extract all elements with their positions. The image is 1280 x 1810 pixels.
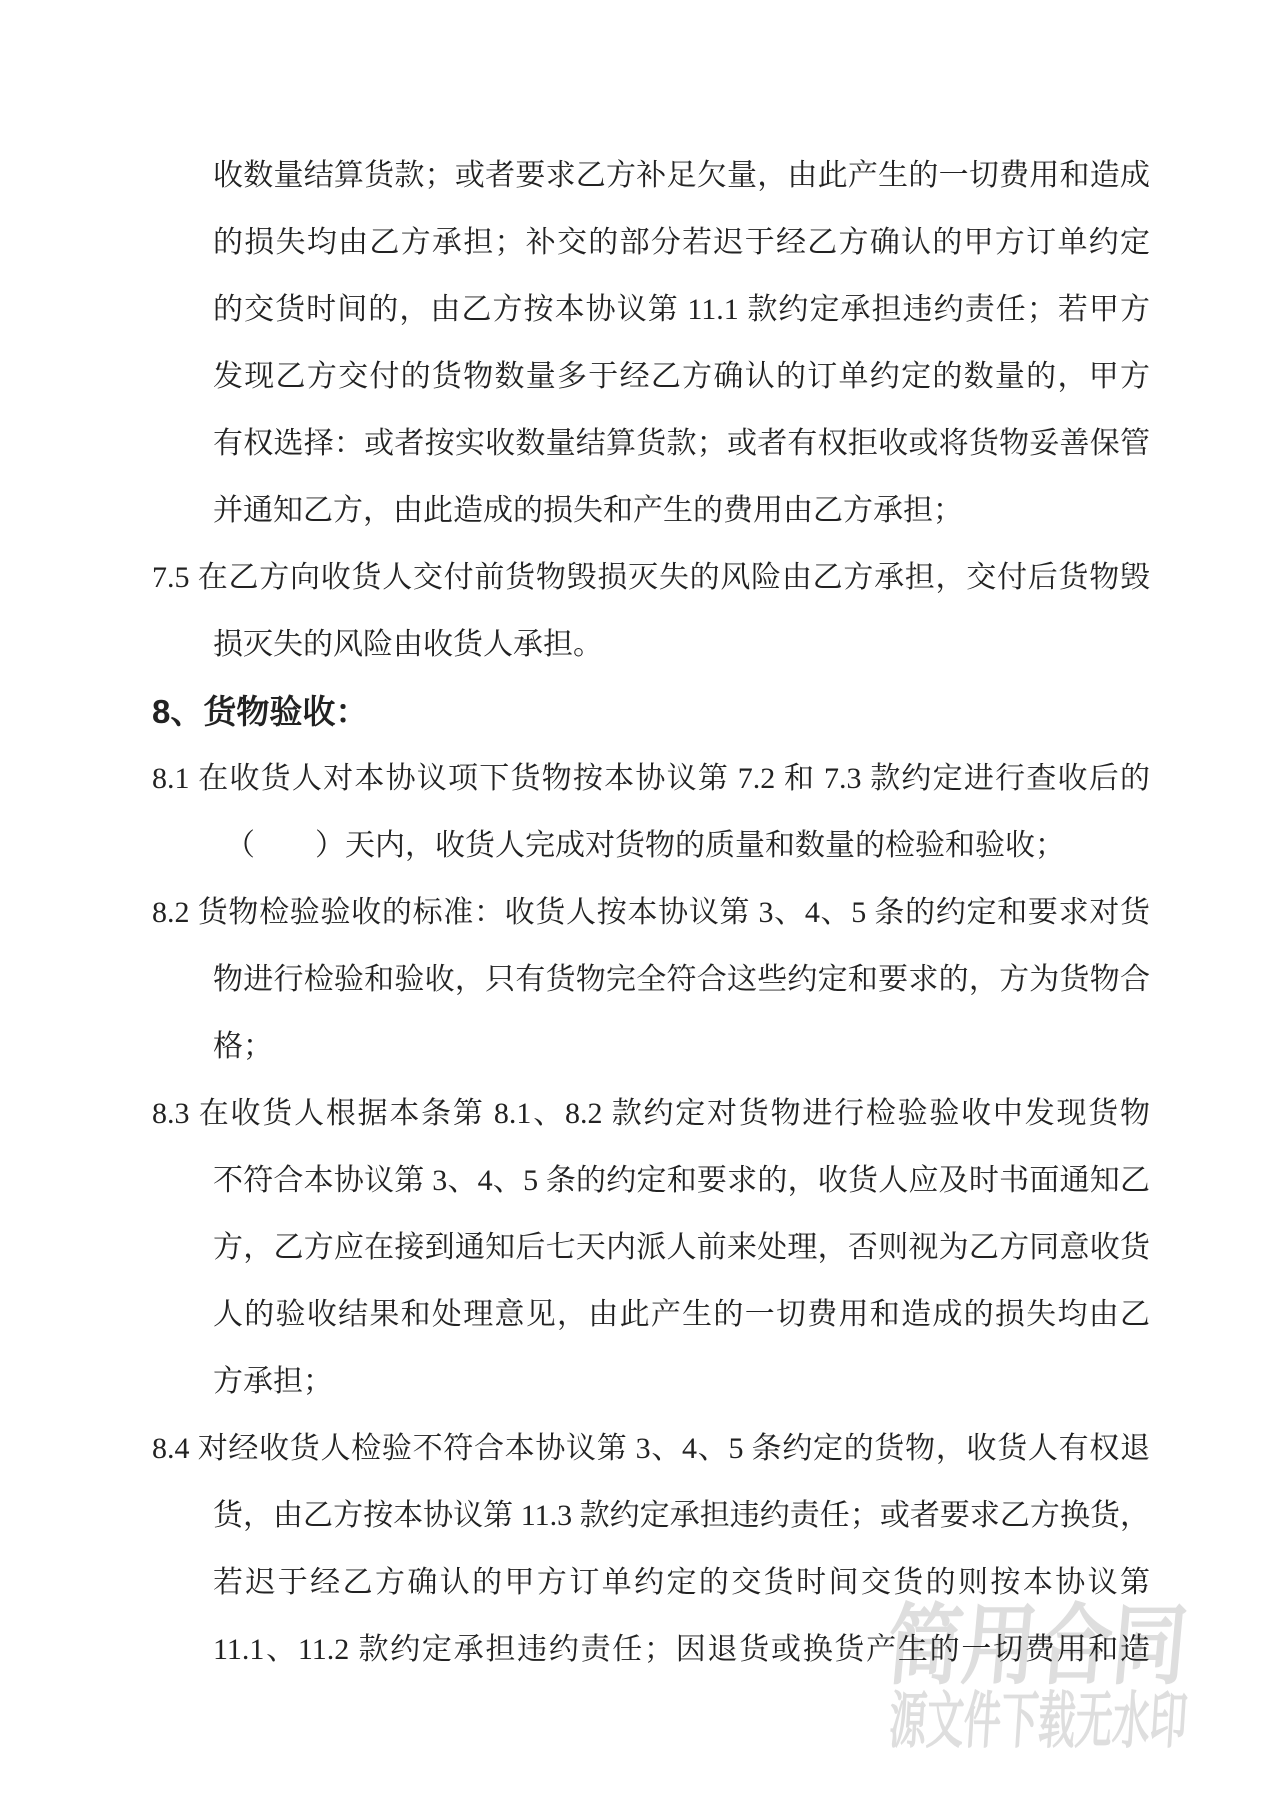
contract-body: 收数量结算货款；或者要求乙方补足欠量，由此产生的一切费用和造成 的损失均由乙方承… (0, 142, 1280, 1683)
document-line: 的交货时间的，由乙方按本协议第 11.1 款约定承担违约责任；若甲方 (0, 276, 1280, 343)
fill-in-blank-days-line: （ ）天内，收货人完成对货物的质量和数量的检验和验收； (0, 812, 1280, 879)
clause-8-3: 8.3 在收货人根据本条第 8.1、8.2 款约定对货物进行检验验收中发现货物 (0, 1080, 1280, 1147)
document-line: 若迟于经乙方确认的甲方订单约定的交货时间交货的则按本协议第 (0, 1549, 1280, 1616)
document-line: 损灭失的风险由收货人承担。 (0, 611, 1280, 678)
document-line: 方承担； (0, 1348, 1280, 1415)
document-line: 并通知乙方，由此造成的损失和产生的费用由乙方承担； (0, 477, 1280, 544)
document-line: 人的验收结果和处理意见，由此产生的一切费用和造成的损失均由乙 (0, 1281, 1280, 1348)
clause-7-5: 7.5 在乙方向收货人交付前货物毁损灭失的风险由乙方承担，交付后货物毁 (0, 544, 1280, 611)
document-line: 收数量结算货款；或者要求乙方补足欠量，由此产生的一切费用和造成 (0, 142, 1280, 209)
section-8-heading: 8、货物验收： (0, 678, 1280, 745)
clause-8-1: 8.1 在收货人对本协议项下货物按本协议第 7.2 和 7.3 款约定进行查收后… (0, 745, 1280, 812)
clause-8-2: 8.2 货物检验验收的标准：收货人按本协议第 3、4、5 条的约定和要求对货 (0, 879, 1280, 946)
document-line: 物进行检验和验收，只有货物完全符合这些约定和要求的，方为货物合 (0, 946, 1280, 1013)
document-line: 货，由乙方按本协议第 11.3 款约定承担违约责任；或者要求乙方换货， (0, 1482, 1280, 1549)
document-line: 不符合本协议第 3、4、5 条的约定和要求的，收货人应及时书面通知乙 (0, 1147, 1280, 1214)
document-page: 简用合同 源文件下载无水印 收数量结算货款；或者要求乙方补足欠量，由此产生的一切… (0, 0, 1280, 1810)
document-line: 有权选择：或者按实收数量结算货款；或者有权拒收或将货物妥善保管 (0, 410, 1280, 477)
document-line: 11.1、11.2 款约定承担违约责任；因退货或换货产生的一切费用和造 (0, 1616, 1280, 1683)
document-line: 发现乙方交付的货物数量多于经乙方确认的订单约定的数量的，甲方 (0, 343, 1280, 410)
watermark-subtitle: 源文件下载无水印 (887, 1688, 1189, 1756)
document-line: 格； (0, 1013, 1280, 1080)
document-line: 方，乙方应在接到通知后七天内派人前来处理，否则视为乙方同意收货 (0, 1214, 1280, 1281)
clause-8-4: 8.4 对经收货人检验不符合本协议第 3、4、5 条约定的货物，收货人有权退 (0, 1415, 1280, 1482)
document-line: 的损失均由乙方承担；补交的部分若迟于经乙方确认的甲方订单约定 (0, 209, 1280, 276)
